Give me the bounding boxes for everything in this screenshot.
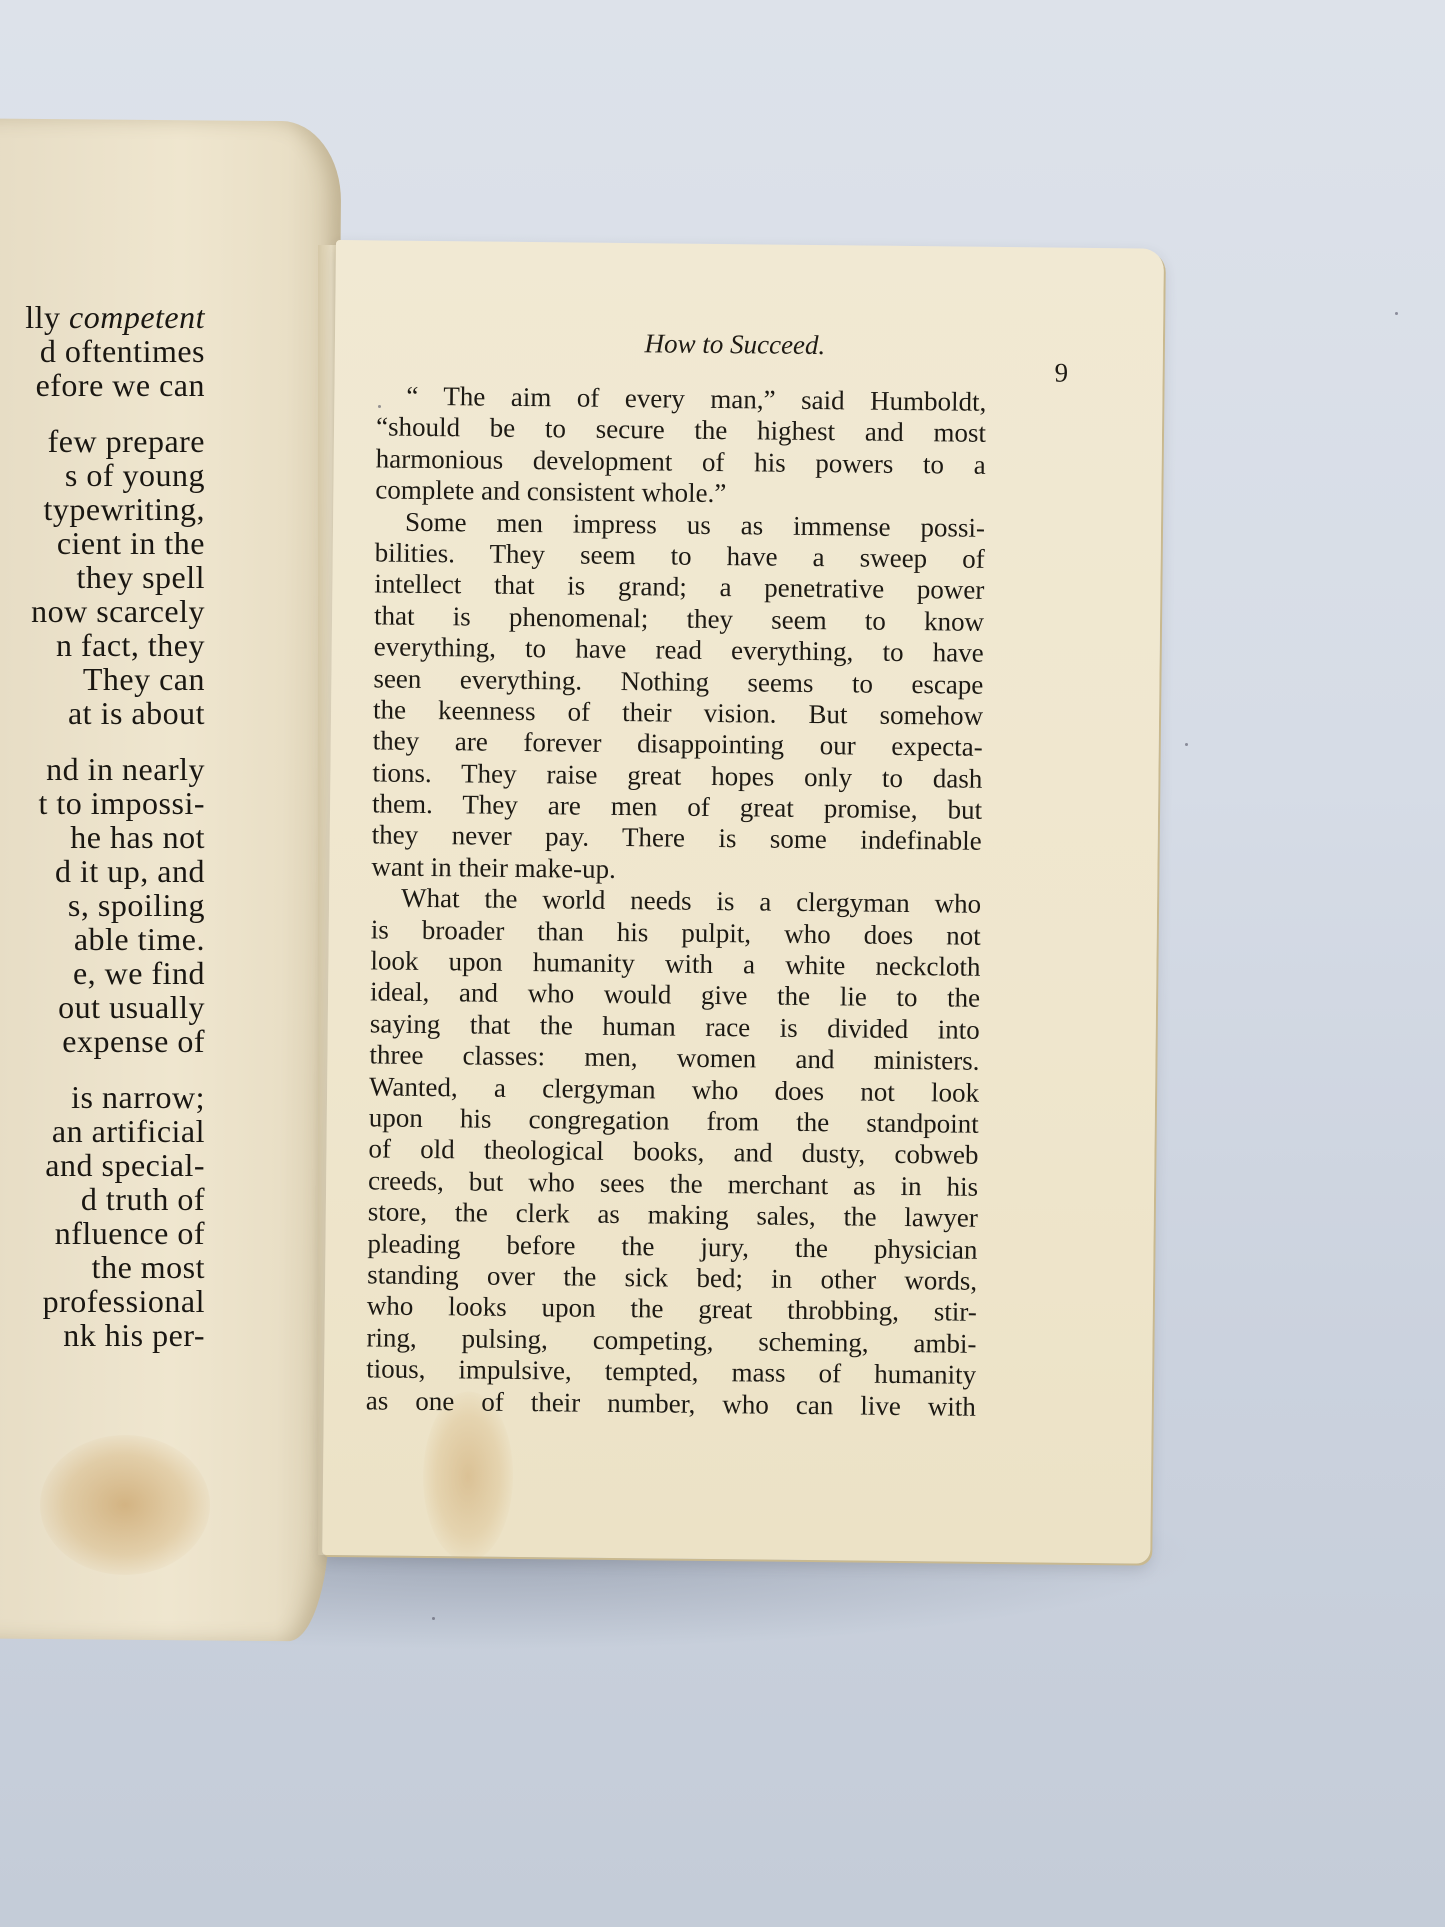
text-line: and special-: [0, 1148, 205, 1182]
italic-text: competent: [69, 299, 205, 335]
text-line: d it up, and: [0, 854, 205, 888]
text-line: efore we can: [0, 368, 205, 402]
text-line: cient in the: [0, 526, 205, 560]
text-line: d oftentimes: [0, 334, 205, 368]
text-line: typewriting,: [0, 492, 205, 526]
text-line: he has not: [0, 820, 205, 854]
text-line: few prepare: [0, 424, 205, 458]
text-line: n fact, they: [0, 628, 205, 662]
dust-speck: [432, 1617, 435, 1620]
right-page-body-text: “ The aim of every man,” said Humboldt,“…: [366, 380, 987, 1422]
right-page: How to Succeed. 9 “ The aim of every man…: [322, 240, 1164, 1564]
text-line: professional: [0, 1284, 205, 1318]
text-line: d truth of: [0, 1182, 205, 1216]
text-line: out usually: [0, 990, 205, 1024]
text-line: s, spoiling: [0, 888, 205, 922]
paragraph-gap: [0, 1058, 205, 1080]
text-line: lly competent: [0, 300, 205, 334]
text-line: the most: [0, 1250, 205, 1284]
text-line: is narrow;: [0, 1080, 205, 1114]
dust-speck: [378, 405, 381, 408]
paragraph-gap: [0, 402, 205, 424]
text-line: s of young: [0, 458, 205, 492]
text-line: nk his per-: [0, 1318, 205, 1352]
text-line: t to impossi-: [0, 786, 205, 820]
text-line: nd in nearly: [0, 752, 205, 786]
text-line: at is about: [0, 696, 205, 730]
text-fragment: lly: [25, 299, 69, 335]
text-line: now scarcely: [0, 594, 205, 628]
text-line: they spell: [0, 560, 205, 594]
page-number: 9: [1054, 358, 1068, 389]
water-stain-left: [40, 1435, 210, 1575]
text-line: an artificial: [0, 1114, 205, 1148]
dust-speck: [1395, 312, 1398, 315]
paragraph-gap: [0, 730, 205, 752]
text-line: able time.: [0, 922, 205, 956]
text-line: They can: [0, 662, 205, 696]
text-line: expense of: [0, 1024, 205, 1058]
left-page-text: lly competentd oftentimesefore we canfew…: [0, 300, 205, 1352]
dust-speck: [1185, 743, 1188, 746]
text-line: as one of their number, who can live wit…: [366, 1385, 976, 1423]
photo-scene: lly competentd oftentimesefore we canfew…: [0, 0, 1445, 1927]
running-head: How to Succeed.: [535, 327, 935, 362]
text-line: e, we find: [0, 956, 205, 990]
text-line: nfluence of: [0, 1216, 205, 1250]
